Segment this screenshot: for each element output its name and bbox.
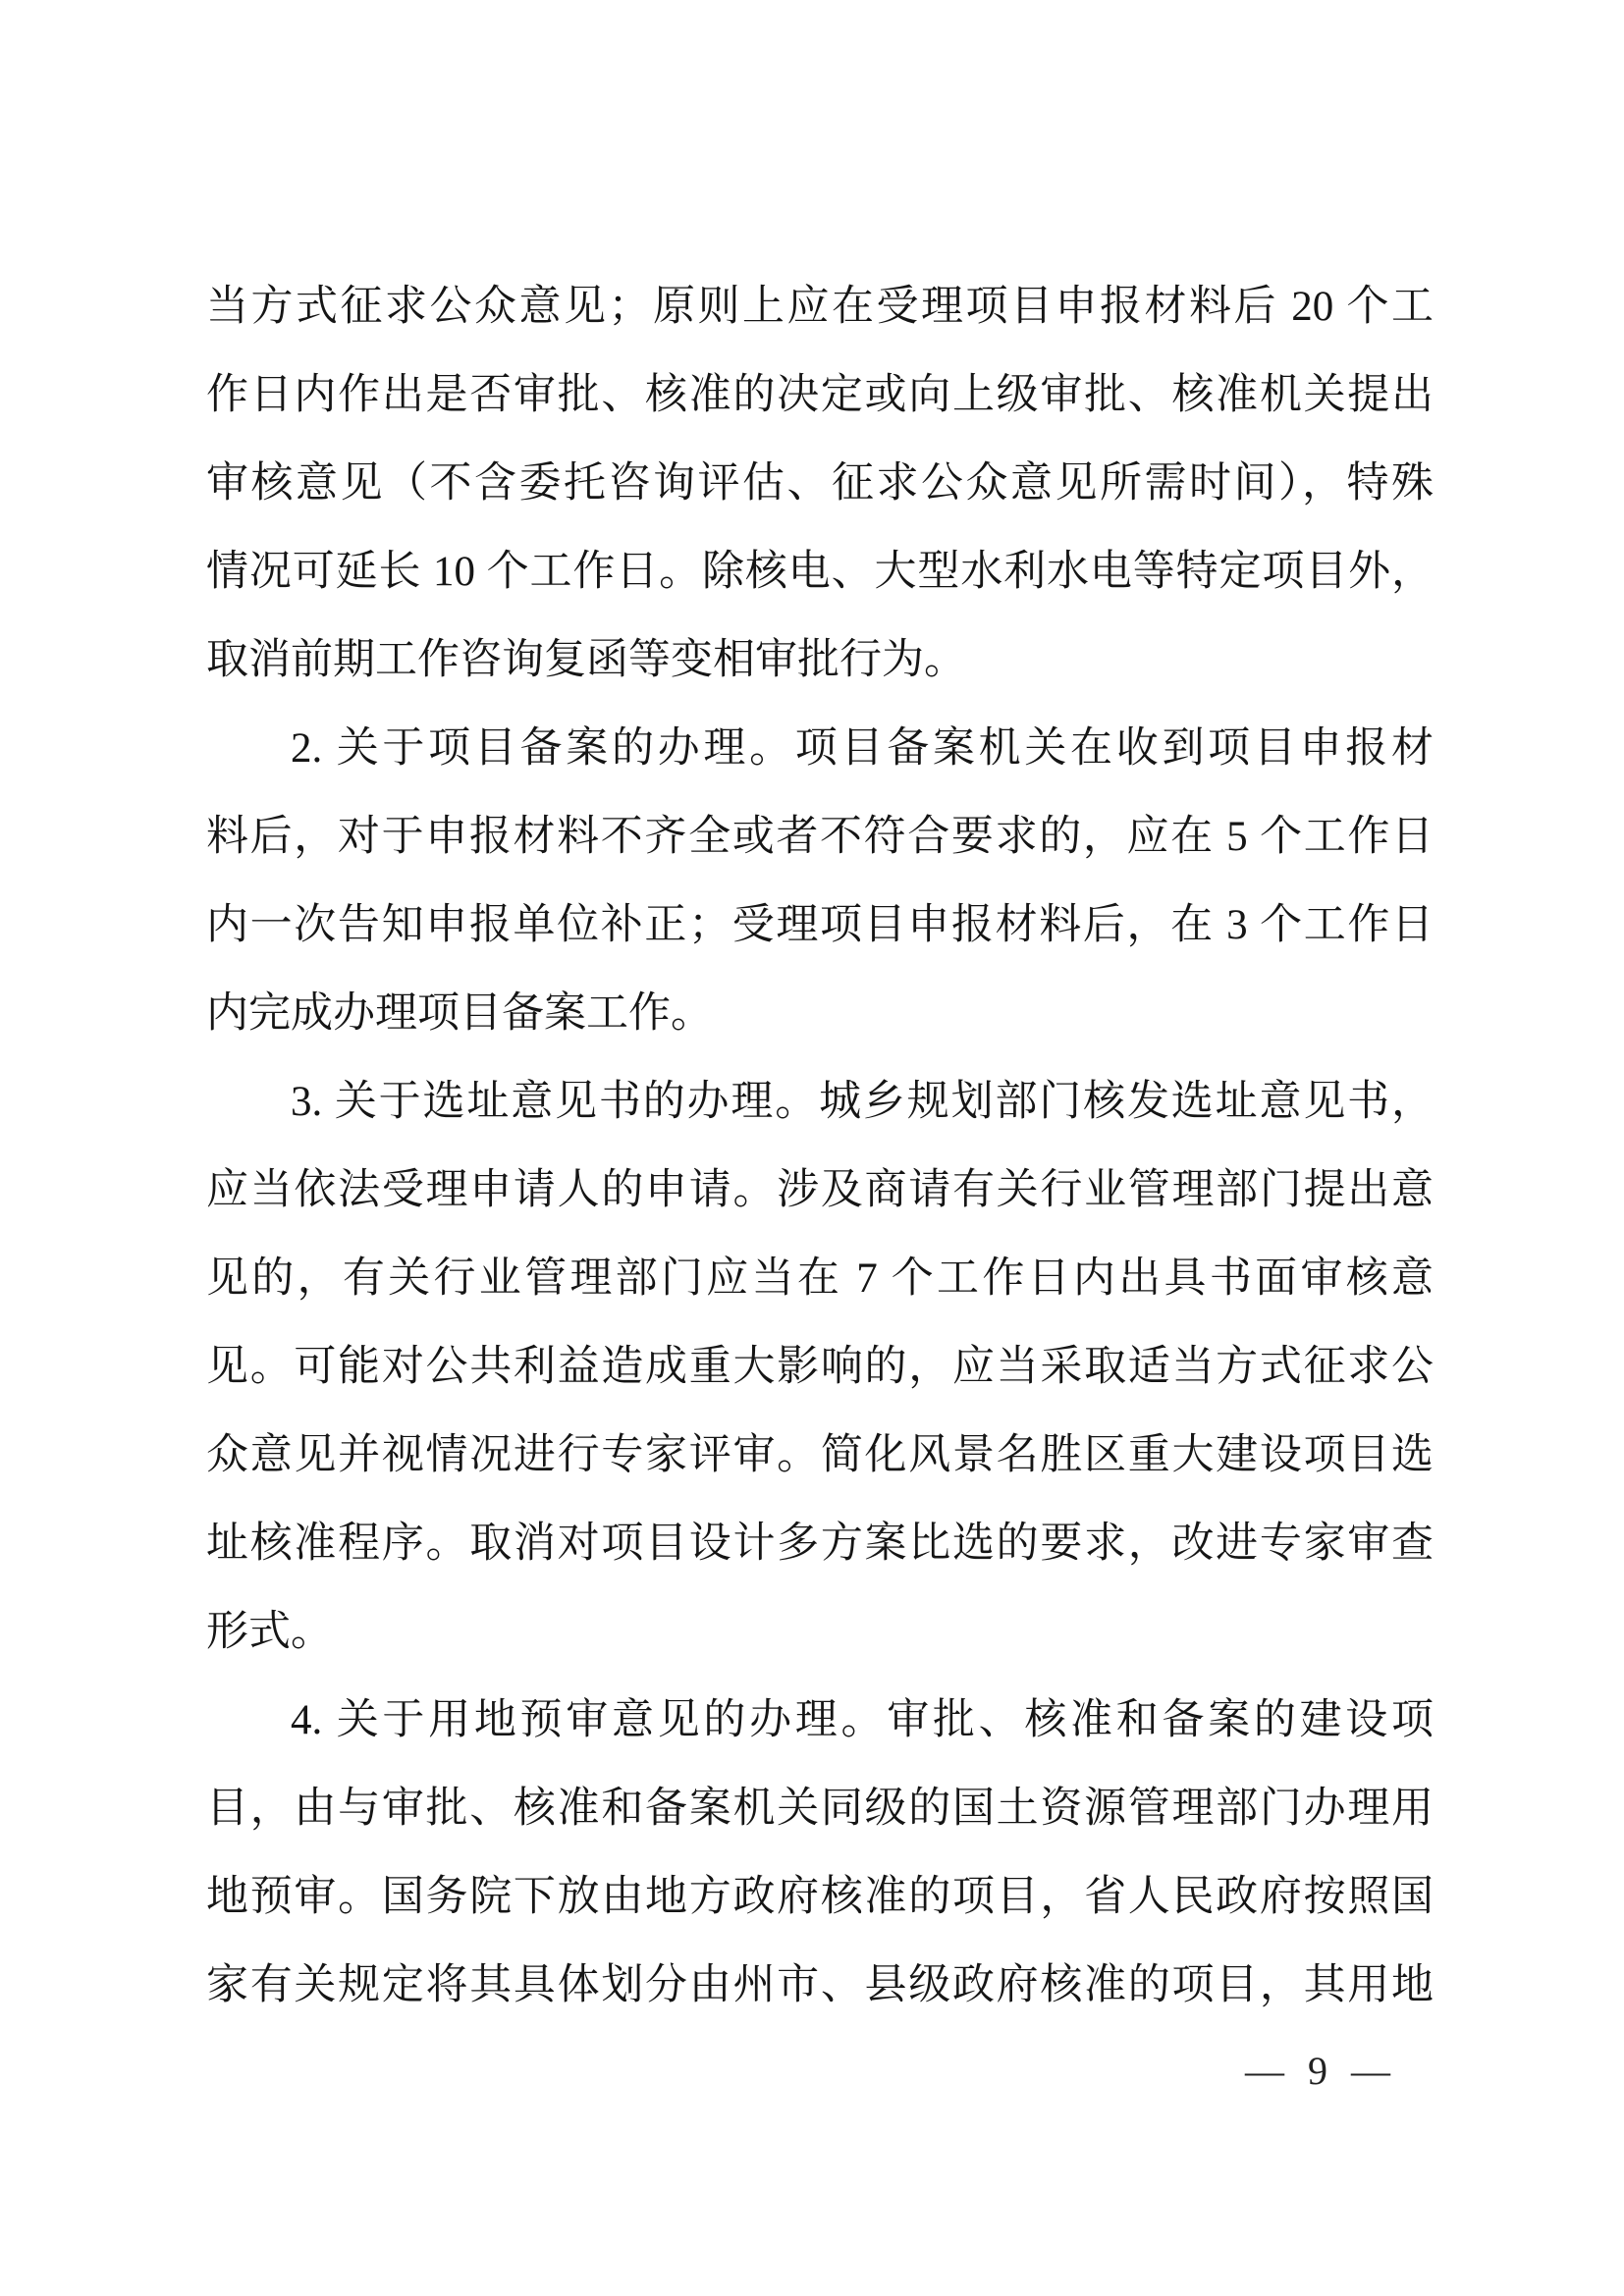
text-line: 当方式征求公众意见；原则上应在受理项目申报材料后 20 个工 [206, 263, 1434, 351]
text-line: 形式。 [206, 1588, 1434, 1677]
text-line: 见的，有关行业管理部门应当在 7 个工作日内出具书面审核意 [206, 1235, 1434, 1323]
footer-dash-right: — [1351, 2049, 1390, 2093]
text-line: 内一次告知申报单位补正；受理项目申报材料后，在 3 个工作日 [206, 881, 1434, 970]
document-page: 当方式征求公众意见；原则上应在受理项目申报材料后 20 个工 作日内作出是否审批… [0, 0, 1624, 2296]
text-line: 见。可能对公共利益造成重大影响的，应当采取适当方式征求公 [206, 1323, 1434, 1412]
text-line: 址核准程序。取消对项目设计多方案比选的要求，改进专家审查 [206, 1500, 1434, 1588]
text-line: 情况可延长 10 个工作日。除核电、大型水利水电等特定项目外， [206, 528, 1434, 616]
page-number: 9 [1308, 2049, 1327, 2093]
text-line-paragraph-start: 2. 关于项目备案的办理。项目备案机关在收到项目申报材 [206, 705, 1434, 793]
footer-dash-left: — [1245, 2049, 1284, 2093]
text-line: 目，由与审批、核准和备案机关同级的国土资源管理部门办理用 [206, 1765, 1434, 1853]
text-line: 众意见并视情况进行专家评审。简化风景名胜区重大建设项目选 [206, 1412, 1434, 1500]
page-footer: —9— [1245, 2042, 1390, 2101]
text-line: 家有关规定将其具体划分由州市、县级政府核准的项目，其用地 [206, 1942, 1434, 2030]
text-line-paragraph-start: 4. 关于用地预审意见的办理。审批、核准和备案的建设项 [206, 1677, 1434, 1765]
text-line: 应当依法受理申请人的申请。涉及商请有关行业管理部门提出意 [206, 1147, 1434, 1235]
text-line: 内完成办理项目备案工作。 [206, 970, 1434, 1058]
text-line: 地预审。国务院下放由地方政府核准的项目，省人民政府按照国 [206, 1853, 1434, 1942]
text-line: 审核意见（不含委托咨询评估、征求公众意见所需时间），特殊 [206, 440, 1434, 528]
document-text-block: 当方式征求公众意见；原则上应在受理项目申报材料后 20 个工 作日内作出是否审批… [206, 263, 1434, 2030]
text-line-paragraph-start: 3. 关于选址意见书的办理。城乡规划部门核发选址意见书， [206, 1058, 1434, 1147]
text-line: 料后，对于申报材料不齐全或者不符合要求的，应在 5 个工作日 [206, 793, 1434, 881]
text-line: 取消前期工作咨询复函等变相审批行为。 [206, 616, 1434, 705]
text-line: 作日内作出是否审批、核准的决定或向上级审批、核准机关提出 [206, 351, 1434, 440]
